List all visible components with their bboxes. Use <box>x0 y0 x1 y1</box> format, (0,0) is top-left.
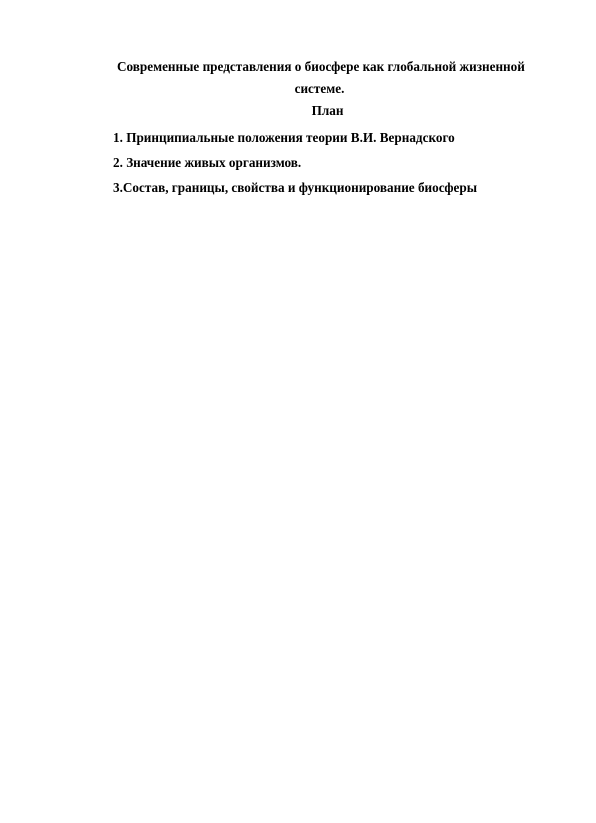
plan-heading: План <box>0 103 596 119</box>
plan-item: 2. Значение живых организмов. <box>113 155 301 171</box>
plan-item: 1. Принципиальные положения теории В.И. … <box>113 130 455 146</box>
plan-item: 3.Состав, границы, свойства и функционир… <box>113 180 477 196</box>
document-title-line-2: системе. <box>0 81 596 97</box>
document-page: Современные представления о биосфере как… <box>0 0 596 823</box>
document-title-line-1: Современные представления о биосфере как… <box>117 59 525 75</box>
